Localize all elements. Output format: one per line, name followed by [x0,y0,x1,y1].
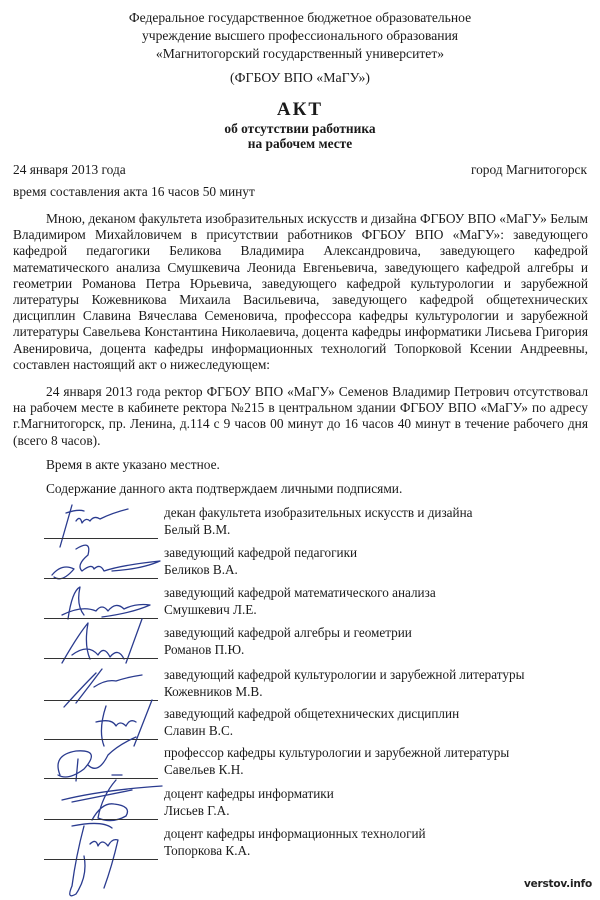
signatory-role: доцент кафедры информационных технологий [164,826,426,842]
signatory-role: заведующий кафедрой алгебры и геометрии [164,625,412,641]
handwritten-signature-icon [32,816,172,874]
signatory-name: Топоркова К.А. [164,843,250,859]
signatory-name: Савельев К.Н. [164,762,244,778]
signature-row: доцент кафедры информационных технологий… [40,826,580,866]
signatory-name: Романов П.Ю. [164,642,244,658]
document-city: город Магнитогорск [471,162,587,178]
subtitle-line: на рабочем месте [0,136,600,151]
signatory-name: Славин В.С. [164,723,233,739]
signatory-name: Лисьев Г.А. [164,803,230,819]
subtitle-line: об отсутствии работника [0,121,600,136]
source-watermark: verstov.info [524,878,592,890]
signatory-role: заведующий кафедрой математического анал… [164,585,436,601]
signatory-role: заведующий кафедрой общетехнических дисц… [164,706,459,722]
organization-header: Федеральное государственное бюджетное об… [0,9,600,63]
org-line: Федеральное государственное бюджетное об… [0,9,600,27]
signatory-role: заведующий кафедрой культурологии и зару… [164,667,524,683]
signatory-name: Беликов В.А. [164,562,238,578]
signature-line [44,859,158,860]
document-page: Федеральное государственное бюджетное об… [0,0,600,900]
note-local-time: Время в акте указано местное. [46,457,220,473]
paragraph-statement-text: Мною, деканом факультета изобразительных… [13,211,588,372]
signatory-role: заведующий кафедрой педагогики [164,545,357,561]
org-line: учреждение высшего профессионального обр… [0,27,600,45]
paragraph-statement: Мною, деканом факультета изобразительных… [13,211,588,373]
compilation-time: время составления акта 16 часов 50 минут [13,184,255,200]
signatory-role: декан факультета изобразительных искусст… [164,505,473,521]
document-title: АКТ [0,99,600,121]
document-subtitle: об отсутствии работника на рабочем месте [0,121,600,151]
organization-abbreviation: (ФГБОУ ВПО «МаГУ») [0,69,600,87]
signatory-name: Белый В.М. [164,522,230,538]
signatory-name: Смушкевич Л.Е. [164,602,257,618]
signatory-role: доцент кафедры информатики [164,786,334,802]
signatory-role: профессор кафедры культурологии и зарубе… [164,745,509,761]
org-line: «Магнитогорский государственный универси… [0,45,600,63]
document-date: 24 января 2013 года [13,162,126,178]
paragraph-absence-text: 24 января 2013 года ректор ФГБОУ ВПО «Ма… [13,384,588,448]
paragraph-absence: 24 января 2013 года ректор ФГБОУ ВПО «Ма… [13,384,588,449]
signatory-name: Кожевников М.В. [164,684,263,700]
